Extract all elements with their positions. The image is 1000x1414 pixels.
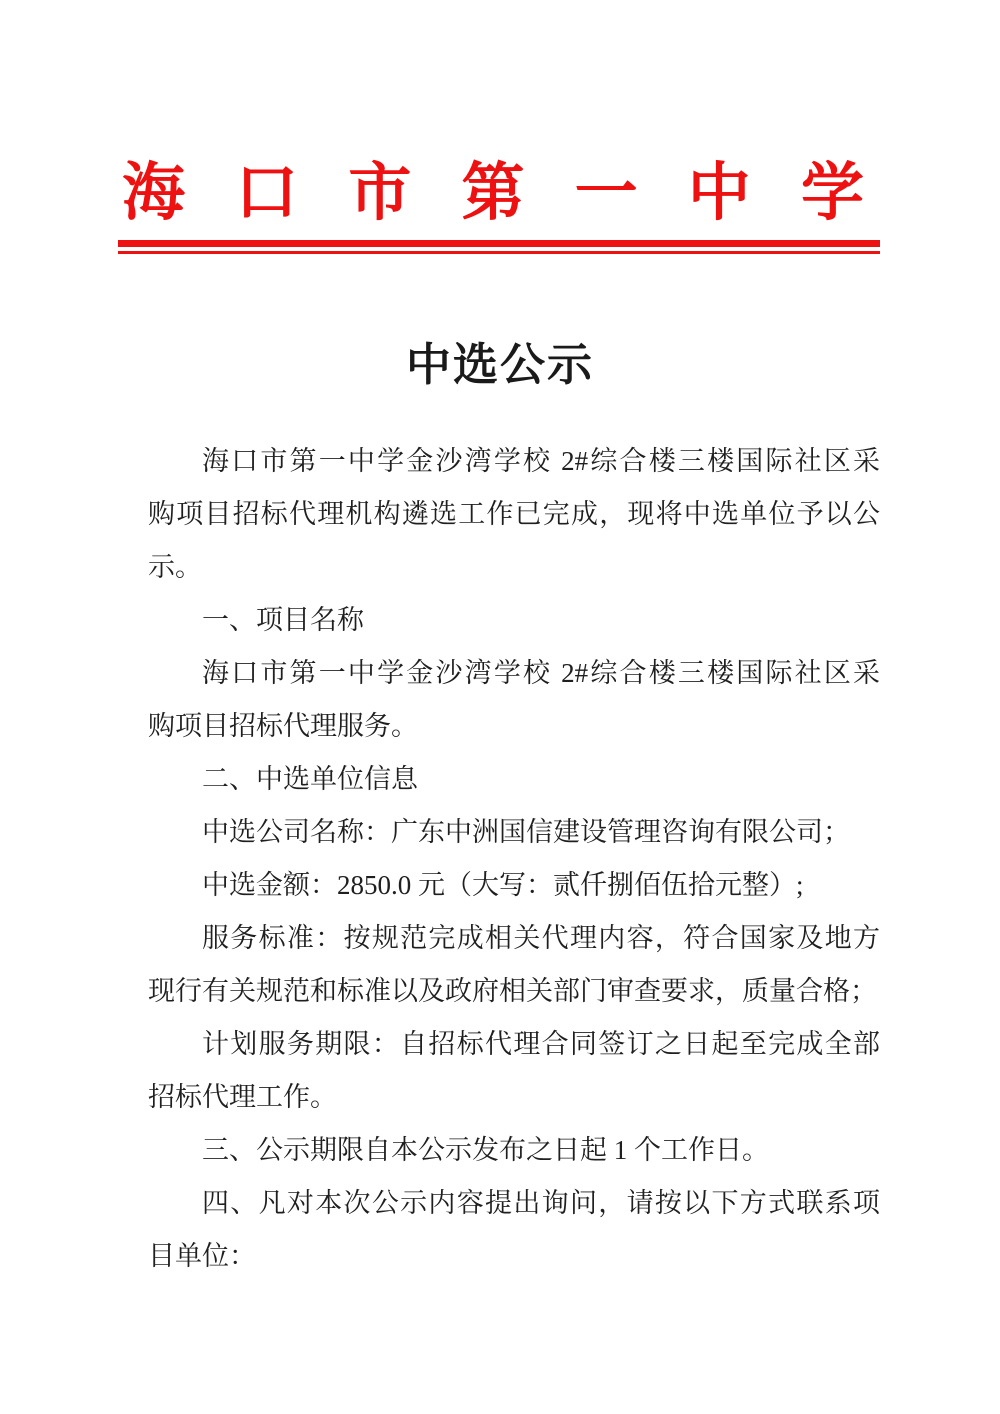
body-line: 一、项目名称 <box>148 594 880 647</box>
school-name-char: 学 <box>801 162 864 225</box>
body-line: 中选金额：2850.0 元（大写：贰仟捌佰伍拾元整）; <box>148 859 880 912</box>
body-line: 海口市第一中学金沙湾学校 2#综合楼三楼国际社区采 <box>148 435 880 488</box>
body-line: 三、公示期限自本公示发布之日起 1 个工作日。 <box>148 1124 880 1177</box>
school-name-char: 海 <box>122 162 185 225</box>
document-title: 中选公示 <box>0 328 1000 393</box>
document-page: 海 口 市 第 一 中 学 中选公示 海口市第一中学金沙湾学校 2#综合楼三楼国… <box>0 0 1000 1414</box>
body-line: 示。 <box>148 541 880 594</box>
school-name-char: 一 <box>575 162 638 225</box>
body-line: 招标代理工作。 <box>148 1071 880 1124</box>
body-line: 四、凡对本次公示内容提出询问，请按以下方式联系项 <box>148 1177 880 1230</box>
body-line: 服务标准：按规范完成相关代理内容，符合国家及地方 <box>148 912 880 965</box>
school-name-char: 口 <box>235 162 298 225</box>
school-name-header: 海 口 市 第 一 中 学 <box>122 162 864 225</box>
header-rule-thin <box>118 251 880 254</box>
body-line: 中选公司名称：广东中洲国信建设管理咨询有限公司； <box>148 806 880 859</box>
body-line: 购项目招标代理服务。 <box>148 700 880 753</box>
body-line: 目单位： <box>148 1230 880 1283</box>
body-line: 海口市第一中学金沙湾学校 2#综合楼三楼国际社区采 <box>148 647 880 700</box>
body-line: 计划服务期限：自招标代理合同签订之日起至完成全部 <box>148 1018 880 1071</box>
school-name-char: 中 <box>688 162 751 225</box>
header-rule-thick <box>118 240 880 247</box>
body-line: 现行有关规范和标准以及政府相关部门审查要求，质量合格； <box>148 965 880 1018</box>
document-body: 海口市第一中学金沙湾学校 2#综合楼三楼国际社区采 购项目招标代理机构遴选工作已… <box>148 435 880 1283</box>
school-name-char: 市 <box>348 162 411 225</box>
body-line: 购项目招标代理机构遴选工作已完成，现将中选单位予以公 <box>148 488 880 541</box>
school-name-char: 第 <box>461 162 524 225</box>
body-line: 二、中选单位信息 <box>148 753 880 806</box>
